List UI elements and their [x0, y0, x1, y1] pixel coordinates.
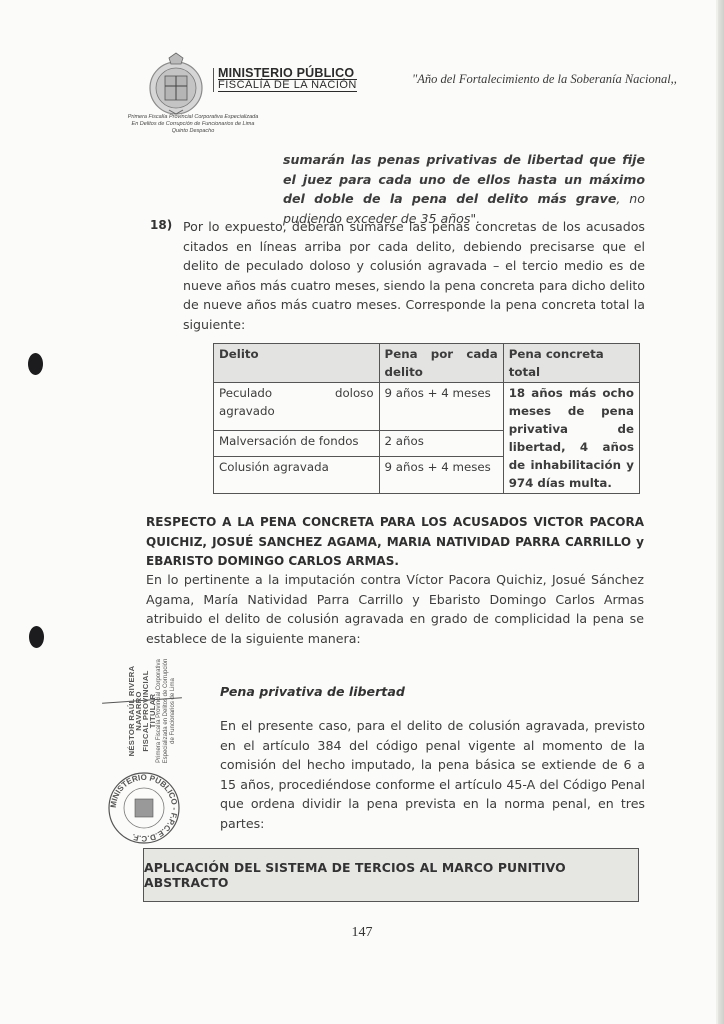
- office-line: Primera Fiscalía Provincial Corporativa …: [118, 114, 268, 121]
- boxed-section-title: APLICACIÓN DEL SISTEMA DE TERCIOS AL MAR…: [143, 848, 639, 902]
- punch-hole-icon: [28, 353, 43, 375]
- pena-cell: 9 años + 4 meses: [379, 383, 503, 431]
- item-18-paragraph: Por lo expuesto, deberán sumarse las pen…: [183, 217, 645, 334]
- section-heading: RESPECTO A LA PENA CONCRETA PARA LOS ACU…: [146, 513, 644, 572]
- total-cell: 18 años más ocho meses de pena privativa…: [503, 383, 639, 494]
- delito-cell: Colusión agravada: [214, 457, 380, 494]
- table-header-row: Delito Pena por cada delito Pena concret…: [214, 344, 640, 383]
- round-seal-stamp-icon: MINISTERIO PÚBLICO - F.P.C.E.D.C.F.: [106, 770, 182, 846]
- page-edge-shadow: [718, 0, 724, 1024]
- ministry-seal-icon: [147, 52, 205, 116]
- stamp-line: NÉSTOR RAÚL RIVERA NAVARRO: [128, 652, 142, 770]
- pena-cell: 9 años + 4 meses: [379, 457, 503, 494]
- prosecutor-stamp: NÉSTOR RAÚL RIVERA NAVARRO FISCAL PROVIN…: [128, 652, 188, 770]
- column-header: Pena por cada delito: [379, 344, 503, 383]
- delito-cell: Malversación de fondos: [214, 431, 380, 457]
- column-header: Delito: [214, 344, 380, 383]
- table-row: Peculado doloso agravado 9 años + 4 mese…: [214, 383, 640, 431]
- stamp-line: de Funcionarios de Lima: [170, 652, 177, 770]
- intro-paragraph: En lo pertinente a la imputación contra …: [146, 570, 644, 648]
- penalty-table: Delito Pena por cada delito Pena concret…: [213, 343, 640, 494]
- institution-logo: MINISTERIO PÚBLICO FISCALÍA DE LA NACIÓN: [213, 68, 357, 92]
- office-line: Quinto Despacho: [118, 128, 268, 135]
- column-header: Pena concreta total: [503, 344, 639, 383]
- office-name: Primera Fiscalía Provincial Corporativa …: [118, 114, 268, 135]
- boxed-title-text: APLICACIÓN DEL SISTEMA DE TERCIOS AL MAR…: [144, 860, 638, 890]
- subheading: Pena privativa de libertad: [220, 684, 405, 699]
- punch-hole-icon: [29, 626, 44, 648]
- quote-bold: sumarán las penas privativas de libertad…: [283, 152, 645, 206]
- page-number: 147: [0, 925, 724, 941]
- stamp-line: FISCAL PROVINCIAL TITULAR: [142, 652, 156, 770]
- pena-cell: 2 años: [379, 431, 503, 457]
- stamp-line: Primera Fiscalía Provincial Corporativa: [156, 652, 163, 770]
- colusion-paragraph: En el presente caso, para el delito de c…: [220, 716, 645, 833]
- institution-subname: FISCALÍA DE LA NACIÓN: [218, 80, 357, 92]
- year-motto: "Año del Fortalecimiento de la Soberanía…: [412, 72, 677, 87]
- office-line: En Delitos de Corrupción de Funcionarios…: [118, 121, 268, 128]
- item-number: 18): [150, 218, 172, 232]
- stamp-line: Especializada en Delitos de Corrupción: [163, 652, 170, 770]
- delito-cell: Peculado doloso agravado: [214, 383, 380, 431]
